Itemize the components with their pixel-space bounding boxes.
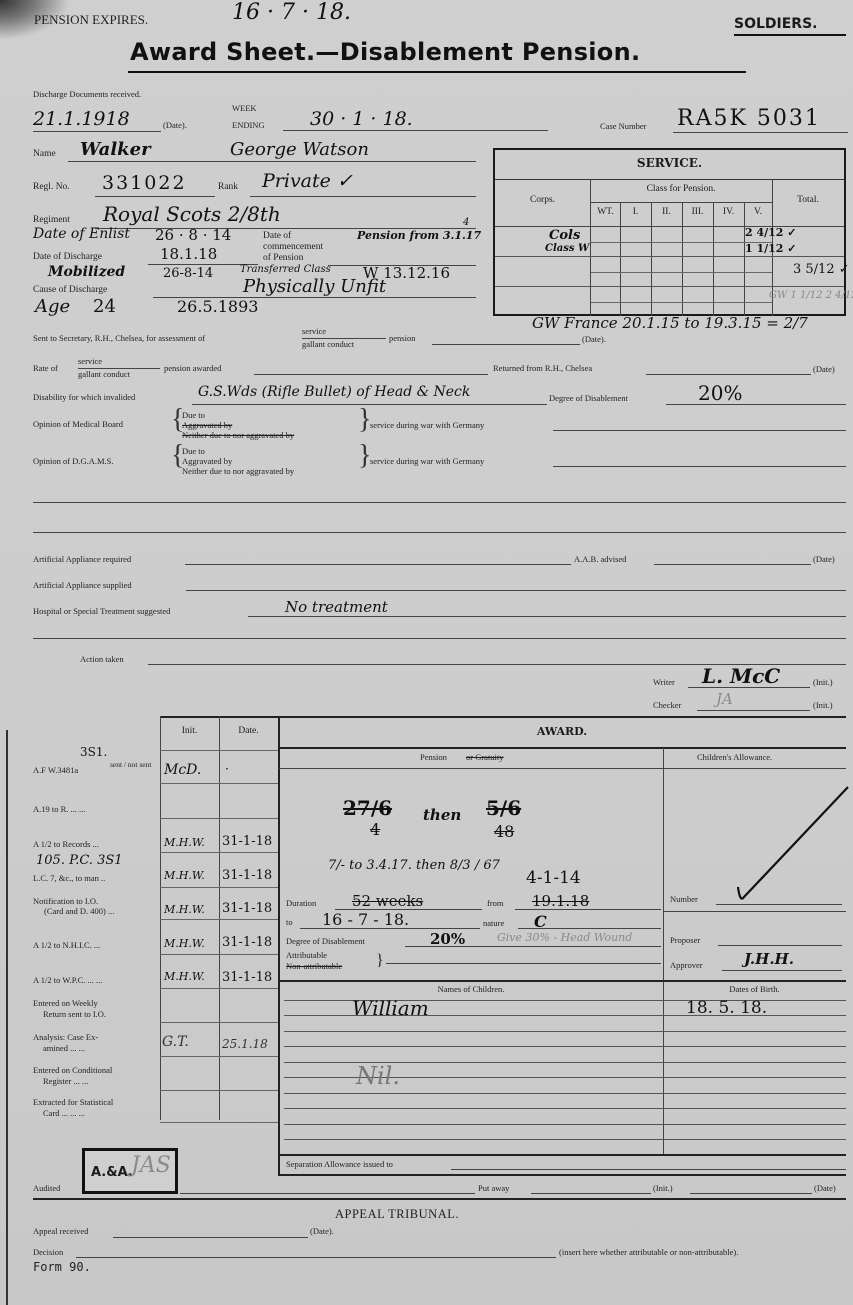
- aab-label: A.A.B. advised: [574, 554, 626, 564]
- hospital-line: [248, 616, 846, 617]
- award-degree-note: Give 30% - Head Wound: [497, 931, 632, 944]
- number-divider: [664, 911, 846, 912]
- docs-received-label: Discharge Documents received.: [33, 89, 141, 99]
- row-line: [591, 272, 772, 273]
- child-row-line: [284, 1139, 846, 1140]
- docs-received-value[interactable]: 21.1.1918: [33, 108, 130, 130]
- duration-label: Duration: [286, 898, 316, 908]
- forenames-value[interactable]: George Watson: [230, 139, 369, 160]
- award-bottom: [279, 1174, 846, 1176]
- awarded-label: pension awarded: [164, 363, 221, 373]
- regiment-value[interactable]: Royal Scots 2/8th: [103, 202, 281, 226]
- row-line: [160, 887, 278, 888]
- child-row-line: [284, 1108, 846, 1109]
- separation-label: Separation Allowance issued to: [286, 1159, 393, 1169]
- wpc-label: A 1/2 to W.P.C. ... ...: [33, 975, 102, 985]
- af-init[interactable]: McD.: [164, 762, 201, 778]
- put-away-date-paren: (Date): [814, 1183, 836, 1193]
- enlist-value[interactable]: 26 · 8 · 14: [155, 226, 231, 244]
- pension-expires-value: 16 · 7 · 18.: [232, 0, 351, 25]
- row-line: [495, 286, 844, 287]
- af-sub: sent / not sent: [110, 760, 151, 769]
- commencement-value[interactable]: Pension from 3.1.17: [357, 229, 481, 242]
- separation-top: [279, 1154, 846, 1156]
- sent-date-suffix: (Date).: [582, 334, 606, 344]
- put-away-line: [531, 1193, 651, 1194]
- from-label: from: [487, 898, 504, 908]
- service-title-divider: [495, 179, 844, 180]
- appeal-title: APPEAL TRIBUNAL.: [335, 1207, 459, 1222]
- dg-service-during: service during war with Germany: [370, 456, 484, 466]
- class-col-i: I.: [620, 207, 651, 217]
- names-header: Names of Children.: [279, 984, 663, 994]
- ending-label: ENDING: [232, 120, 265, 130]
- regl-no-value[interactable]: 331022: [102, 172, 187, 194]
- commencement-label-1: Date of: [263, 231, 291, 242]
- week-label: WEEK: [232, 103, 257, 113]
- child-row-line: [284, 1124, 846, 1125]
- lower-section-top: [160, 716, 846, 718]
- children-names-top: [279, 980, 846, 982]
- dob-value[interactable]: 26.5.1893: [177, 297, 258, 316]
- from-struck: 19.1.18: [532, 892, 589, 910]
- blank-line-1: [33, 502, 846, 503]
- corps-entry-1[interactable]: Cols: [549, 228, 580, 243]
- service-table: SERVICE. Corps. Class for Pension. Total…: [493, 148, 846, 316]
- class-header: Class for Pension.: [590, 184, 772, 194]
- total-header: Total.: [772, 195, 844, 205]
- class-col-iii: III.: [682, 207, 713, 217]
- attributable-brace: }: [376, 952, 384, 970]
- sent-frac-top: service: [302, 326, 326, 336]
- dg-line: [553, 466, 846, 467]
- service-pencil-note: GW 1 1/12 2 4/12: [769, 290, 853, 301]
- records-init[interactable]: M.H.W.: [164, 836, 205, 849]
- nil-note: Nil.: [356, 1062, 400, 1090]
- init-header: Init.: [160, 726, 219, 736]
- analysis-init[interactable]: G.T.: [162, 1034, 189, 1050]
- then-word: then: [423, 806, 461, 824]
- surname-value[interactable]: Walker: [80, 139, 151, 160]
- page-title: Award Sheet.—Disablement Pension.: [130, 38, 640, 66]
- mb-line: [553, 430, 846, 431]
- aab-line: [654, 564, 811, 565]
- pension-children-divider: [663, 748, 664, 980]
- approver-line: [722, 970, 842, 971]
- col-divider: [682, 202, 683, 316]
- number-label: Number: [670, 894, 698, 904]
- to-line: [300, 928, 480, 929]
- appeal-received-label: Appeal received: [33, 1226, 88, 1236]
- age-label: Age: [35, 296, 70, 317]
- child-row-line: [284, 1093, 846, 1094]
- commencement-label-3: of Pension: [263, 253, 303, 263]
- rate-frac-bottom: gallant conduct: [78, 369, 130, 379]
- rate-line[interactable]: 7/- to 3.4.17. then 8/3 / 67: [328, 858, 500, 873]
- put-away-init-paren: (Init.): [653, 1183, 673, 1193]
- audited-line: [180, 1193, 475, 1194]
- blank-line-3: [33, 638, 846, 639]
- row-line: [591, 302, 772, 303]
- returned-label: Returned from R.H., Chelsea: [493, 363, 592, 373]
- col-divider: [620, 202, 621, 316]
- conditional-sub: Register ... ...: [43, 1076, 88, 1086]
- cause-value[interactable]: Physically Unfit: [243, 276, 386, 297]
- weekly-label: Entered on Weekly: [33, 998, 98, 1008]
- transferred-label: Transferred Class: [240, 264, 331, 275]
- hospital-value[interactable]: No treatment: [285, 598, 388, 616]
- checker-init-paren: (Init.): [813, 700, 833, 710]
- wpc-date[interactable]: 31-1-18: [222, 970, 272, 985]
- class-col-v: V.: [744, 207, 772, 217]
- sent-frac-bottom: gallant conduct: [302, 339, 354, 349]
- writer-init-paren: (Init.): [813, 677, 833, 687]
- rank-line: [250, 196, 476, 197]
- records-date[interactable]: 31-1-18: [222, 834, 272, 849]
- class-v-entry-2[interactable]: 1 1/12 ✓: [745, 242, 797, 255]
- audit-stamp: A.&A. JAS: [82, 1148, 178, 1194]
- nature-label: nature: [483, 918, 504, 928]
- row-line: [160, 818, 278, 819]
- degree-label: Degree of Disablement: [549, 393, 628, 403]
- approver-value[interactable]: J.H.H.: [744, 950, 794, 968]
- enlist-label: Date of Enlist: [33, 226, 130, 242]
- row-line: [160, 1022, 278, 1023]
- rate-struck-1: 27/6: [343, 796, 392, 820]
- disability-label: Disability for which invalided: [33, 392, 135, 402]
- analysis-sub: amined ... ...: [43, 1043, 85, 1053]
- hospital-label: Hospital or Special Treatment suggested: [33, 606, 170, 616]
- row-line: [160, 988, 278, 989]
- sent-label: Sent to Secretary, R.H., Chelsea, for as…: [33, 333, 205, 343]
- checker-line: [697, 710, 810, 711]
- from-new-value[interactable]: 4-1-14: [526, 868, 581, 888]
- row-line: [160, 919, 278, 920]
- award-sheet-page: PENSION EXPIRES. 16 · 7 · 18. SOLDIERS. …: [0, 0, 853, 1305]
- mb-option-neither[interactable]: Neither due to nor aggravated by: [182, 430, 294, 440]
- notification-date[interactable]: 31-1-18: [222, 901, 272, 916]
- decision-line: [76, 1257, 556, 1258]
- degree-value[interactable]: 20%: [698, 381, 742, 405]
- nhic-init[interactable]: M.H.W.: [164, 937, 205, 950]
- non-attributable-struck: Non-attributable: [286, 961, 342, 971]
- mobilized-label: Mobilized: [48, 264, 125, 280]
- regiment-label: Regiment: [33, 215, 70, 225]
- case-number-line: [673, 132, 848, 133]
- docs-received-line: [33, 131, 161, 132]
- col-divider: [651, 202, 652, 316]
- appeal-received-line: [113, 1237, 308, 1238]
- proposer-label: Proposer: [670, 935, 700, 945]
- to-label: to: [286, 917, 293, 927]
- mb-service-during: service during war with Germany: [370, 420, 484, 430]
- children-allowance-header: Children's Allowance.: [697, 752, 772, 762]
- date-header: Date.: [219, 726, 278, 736]
- writer-label: Writer: [653, 677, 675, 687]
- dg-option-due[interactable]: Due to: [182, 446, 205, 456]
- stamp-initials: JAS: [131, 1153, 171, 1178]
- init-date-divider: [219, 716, 220, 1120]
- form-number: Form 90.: [33, 1260, 91, 1274]
- af-date[interactable]: ·: [225, 762, 229, 776]
- dg-option-aggravated[interactable]: Aggravated by: [182, 456, 232, 466]
- rate-struck-2-den: 48: [494, 822, 514, 841]
- regl-no-line: [95, 196, 215, 197]
- rate-frac-top: service: [78, 356, 102, 366]
- appliance-required-label: Artificial Appliance required: [33, 554, 131, 564]
- to-value[interactable]: 16 - 7 - 18.: [322, 910, 409, 929]
- row-line: [160, 750, 278, 751]
- mb-option-due[interactable]: Due to: [182, 410, 205, 420]
- blank-line-2: [33, 532, 846, 533]
- appliance-supplied-line: [186, 590, 846, 591]
- checker-value[interactable]: JA: [716, 690, 733, 708]
- row-line: [160, 1056, 278, 1057]
- soldiers-label: SOLDIERS.: [734, 16, 817, 32]
- dob-header: Dates of Birth.: [663, 984, 846, 994]
- rank-label: Rank: [218, 182, 238, 192]
- duration-struck: 52 weeks: [352, 892, 423, 910]
- corps-divider: [590, 179, 591, 316]
- case-number-label: Case Number: [600, 121, 647, 131]
- nature-line: [518, 928, 661, 929]
- number-line: [716, 904, 842, 905]
- proposer-line: [718, 945, 842, 946]
- name-label: Name: [33, 149, 56, 159]
- analysis-label: Analysis: Case Ex-: [33, 1032, 98, 1042]
- appliance-supplied-label: Artificial Appliance supplied: [33, 580, 132, 590]
- award-left-border: [278, 716, 280, 1176]
- row-line: [160, 1122, 278, 1123]
- analysis-date[interactable]: 25.1.18: [222, 1037, 268, 1051]
- from-line: [515, 909, 661, 910]
- decision-label: Decision: [33, 1247, 63, 1257]
- row-line: [495, 256, 844, 257]
- conditional-label: Entered on Conditional: [33, 1065, 112, 1075]
- soldiers-underline: [734, 34, 846, 36]
- mobilized-value[interactable]: 26-8-14: [163, 266, 213, 281]
- footer-divider: [33, 1198, 846, 1200]
- sent-date-line: [432, 344, 580, 345]
- lc7-date[interactable]: 31-1-18: [222, 868, 272, 883]
- names-dob-divider: [663, 981, 664, 1154]
- disability-value[interactable]: G.S.Wds (Rifle Bullet) of Head & Neck: [198, 384, 470, 400]
- week-ending-line: [283, 130, 548, 131]
- class-col-iv: IV.: [713, 207, 744, 217]
- nhic-date[interactable]: 31-1-18: [222, 935, 272, 950]
- nhic-label: A 1/2 to N.H.I.C. ...: [33, 940, 100, 950]
- discharge-date-value[interactable]: 18.1.18: [160, 245, 217, 263]
- cause-label: Cause of Discharge: [33, 285, 107, 295]
- child-dob-1[interactable]: 18. 5. 18.: [686, 998, 767, 1018]
- award-title-divider: [279, 747, 846, 749]
- notification-sub: (Card and D. 400) ...: [44, 906, 114, 916]
- mb-option-aggravated[interactable]: Aggravated by: [182, 420, 232, 430]
- name-line: [68, 161, 476, 162]
- notification-label: Notification to I.O.: [33, 896, 98, 906]
- aab-date-paren: (Date): [813, 554, 835, 564]
- lc7-note: 105. P.C. 3S1: [36, 853, 123, 868]
- row-line: [160, 1090, 278, 1091]
- separation-line: [451, 1169, 846, 1170]
- audited-label: Audited: [33, 1183, 60, 1193]
- decision-note: (insert here whether attributable or non…: [559, 1247, 738, 1257]
- returned-line: [646, 374, 811, 375]
- appeal-date-suffix: (Date).: [310, 1226, 334, 1236]
- lc7-label: L.C. 7, &c., to man ..: [33, 873, 105, 883]
- attributable-label: Attributable: [286, 950, 327, 960]
- total-value[interactable]: 3 5/12 ✓: [793, 262, 850, 277]
- title-underline: [128, 71, 746, 73]
- a19-label: A.19 to R. ... ...: [33, 804, 85, 814]
- row-line: [160, 783, 278, 784]
- corps-entry-2[interactable]: Class W: [545, 243, 589, 254]
- put-away-date-line: [690, 1193, 812, 1194]
- regl-no-label: Regl. No.: [33, 182, 70, 192]
- wpc-init[interactable]: M.H.W.: [164, 970, 205, 983]
- records-label: A 1/2 to Records ...: [33, 839, 99, 849]
- pension-header: Pension: [420, 752, 447, 762]
- writer-value[interactable]: L. McC: [702, 664, 780, 688]
- award-degree-label: Degree of Disablement: [286, 936, 365, 946]
- action-label: Action taken: [80, 654, 124, 664]
- put-away-label: Put away: [478, 1183, 509, 1193]
- corps-header: Corps.: [495, 195, 590, 205]
- dg-option-neither[interactable]: Neither due to nor aggravated by: [182, 466, 294, 476]
- degree-line: [666, 404, 846, 405]
- class-v-entry-1[interactable]: 2 4/12 ✓: [745, 226, 797, 239]
- commencement-superscript: 4: [463, 217, 469, 228]
- rank-value[interactable]: Private ✓: [262, 170, 353, 192]
- age-value[interactable]: 24: [93, 296, 116, 317]
- class-col-ii: II.: [651, 207, 682, 217]
- pension-expires-label: PENSION EXPIRES.: [34, 12, 148, 28]
- col-divider: [744, 202, 745, 316]
- approver-label: Approver: [670, 960, 703, 970]
- attributable-line: [386, 963, 661, 964]
- af-note: 3S1.: [80, 745, 107, 759]
- medical-board-label: Opinion of Medical Board: [33, 419, 123, 429]
- service-title: SERVICE.: [495, 156, 844, 170]
- date-suffix: (Date).: [163, 120, 187, 130]
- returned-date-paren: (Date): [813, 364, 835, 374]
- award-degree-line: [405, 946, 661, 947]
- statistical-sub: Card ... ... ...: [43, 1108, 85, 1118]
- col-divider: [713, 202, 714, 316]
- notification-init[interactable]: M.H.W.: [164, 903, 205, 916]
- af-label: A.F W.3481a: [33, 765, 78, 775]
- statistical-label: Extracted for Statistical: [33, 1097, 113, 1107]
- dgams-label: Opinion of D.G.A.M.S.: [33, 456, 114, 466]
- award-title: AWARD.: [278, 725, 846, 738]
- appliance-required-line: [185, 564, 571, 565]
- lc7-init[interactable]: M.H.W.: [164, 869, 205, 882]
- pension-header-divider: [279, 768, 846, 769]
- checkmark-icon: [730, 785, 850, 915]
- page-left-edge: [0, 730, 8, 1305]
- rate-label: Rate of: [33, 363, 58, 373]
- sent-pension-word: pension: [389, 333, 415, 343]
- child-row-line: [284, 1046, 846, 1047]
- awarded-line: [254, 374, 488, 375]
- init-col-left: [160, 716, 161, 1120]
- weekly-sub: Return sent to I.O.: [43, 1009, 106, 1019]
- rate-struck-1-den: 4: [370, 820, 380, 839]
- commencement-label-2: commencement: [263, 242, 323, 252]
- child-row-line: [284, 1031, 846, 1032]
- case-number-value[interactable]: RA5K 5031: [677, 106, 821, 131]
- child-name-1[interactable]: William: [352, 996, 429, 1020]
- gratuity-struck: or Gratuity: [466, 752, 504, 762]
- service-below-note: GW France 20.1.15 to 19.3.15 = 2/7: [532, 314, 808, 332]
- checker-label: Checker: [653, 700, 681, 710]
- rate-struck-2: 5/6: [486, 796, 521, 820]
- week-ending-value[interactable]: 30 · 1 · 18.: [310, 108, 413, 130]
- writer-line: [688, 687, 810, 688]
- row-line: [160, 852, 278, 853]
- discharge-date-label: Date of Discharge: [33, 252, 102, 262]
- stamp-text: A.&A.: [91, 1165, 133, 1180]
- row-line: [160, 954, 278, 955]
- class-col-wt: WT.: [591, 207, 620, 217]
